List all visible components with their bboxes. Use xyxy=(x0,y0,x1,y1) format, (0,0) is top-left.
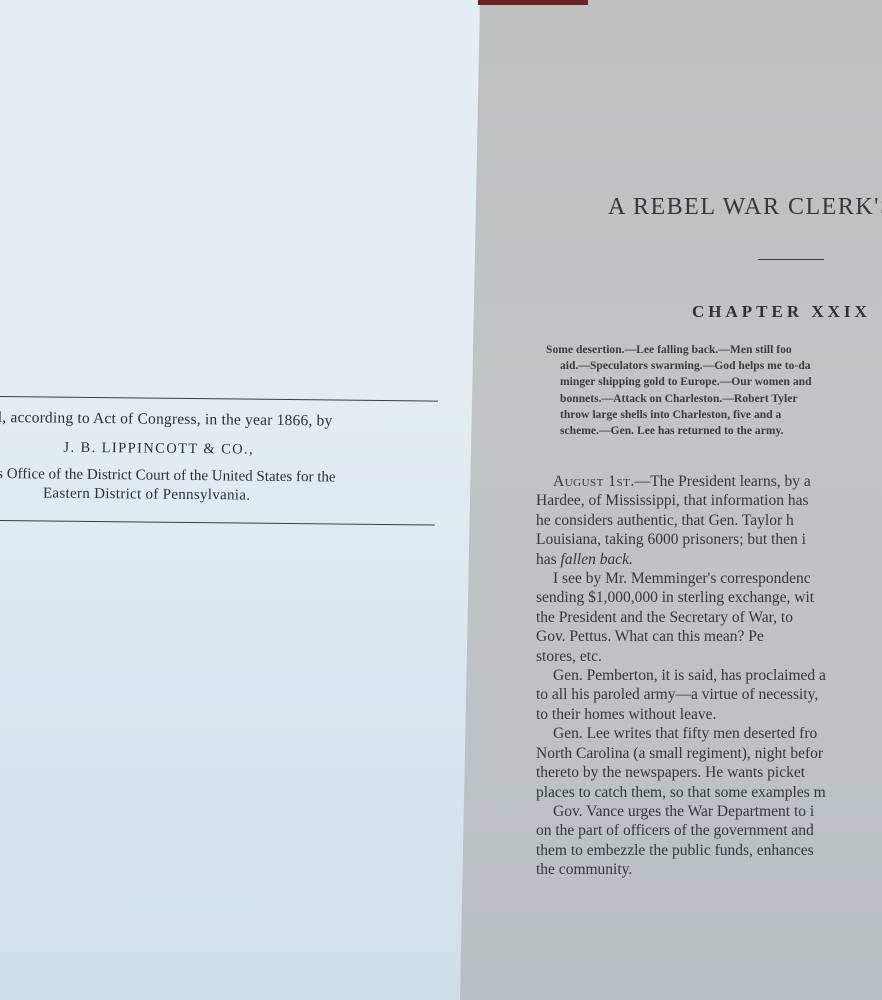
paragraph-4-line: thereto by the newspapers. He wants pick… xyxy=(536,763,882,782)
paragraph-1-line: has fallen back. xyxy=(536,550,882,569)
synopsis-line: Some desertion.—Lee falling back.—Men st… xyxy=(546,342,882,358)
paragraph-1-line: August 1st.—The President learns, by a xyxy=(536,472,882,491)
paragraph-1-line: he considers authentic, that Gen. Taylor… xyxy=(536,511,882,530)
paragraph-5-line: them to embezzle the public funds, enhan… xyxy=(536,841,882,860)
paragraph-5-line: Gov. Vance urges the War Department to i xyxy=(536,802,882,821)
paragraph-2-line: stores, etc. xyxy=(536,647,882,666)
title-divider xyxy=(758,259,824,260)
paragraph-2-line: Gov. Pettus. What can this mean? Pe xyxy=(536,627,882,646)
copyright-line-1: l, according to Act of Congress, in the … xyxy=(0,409,440,432)
paragraph-2-line: the President and the Secretary of War, … xyxy=(536,608,882,627)
synopsis-line: minger shipping gold to Europe.—Our wome… xyxy=(546,374,882,390)
synopsis-line: scheme.—Gen. Lee has returned to the arm… xyxy=(546,423,882,439)
copyright-line-4: Eastern District of Pennsylvania. xyxy=(43,485,439,506)
copyright-line-3: s Office of the District Court of the Un… xyxy=(0,466,439,488)
paragraph-3-line: to their homes without leave. xyxy=(536,705,882,724)
synopsis-line: throw large shells into Charleston, five… xyxy=(546,407,882,423)
paragraph-5-line: the community. xyxy=(536,860,882,879)
paragraph-3-line: to all his paroled army—a virtue of nece… xyxy=(536,685,882,704)
paragraph-4-line: Gen. Lee writes that fifty men deserted … xyxy=(536,724,882,743)
synopsis-line: bonnets.—Attack on Charleston.—Robert Ty… xyxy=(546,391,882,407)
paragraph-4-line: places to catch them, so that some examp… xyxy=(536,783,882,802)
paragraph-1-line: Hardee, of Mississippi, that information… xyxy=(536,491,882,510)
paragraph-2-line: I see by Mr. Memminger's correspondenc xyxy=(536,569,882,588)
chapter-synopsis: Some desertion.—Lee falling back.—Men st… xyxy=(546,342,882,439)
chapter-body: August 1st.—The President learns, by a H… xyxy=(536,472,882,880)
chapter-heading: CHAPTER XXIX xyxy=(692,302,871,322)
paragraph-5-line: on the part of officers of the governmen… xyxy=(536,821,882,840)
synopsis-line: aid.—Speculators swarming.—God helps me … xyxy=(546,358,882,374)
publisher-name: J. B. LIPPINCOTT & CO., xyxy=(63,440,439,461)
entry-date: August 1st. xyxy=(553,473,635,490)
paragraph-1-line: Louisiana, taking 6000 prisoners; but th… xyxy=(536,530,882,549)
book-title: A REBEL WAR CLERK'S xyxy=(608,194,882,221)
paragraph-2-line: sending $1,000,000 in sterling exchange,… xyxy=(536,588,882,607)
italic-phrase: fallen back. xyxy=(561,551,633,568)
paragraph-4-line: North Carolina (a small regiment), night… xyxy=(536,744,882,763)
copyright-notice: l, according to Act of Congress, in the … xyxy=(0,396,440,526)
paragraph-3-line: Gen. Pemberton, it is said, has proclaim… xyxy=(536,666,882,685)
